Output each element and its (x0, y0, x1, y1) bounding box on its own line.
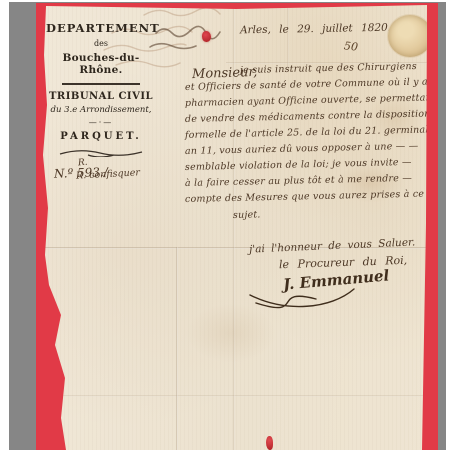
postal-mark: 50 (343, 39, 358, 53)
body-line: à la faire cesser au plus tôt et à me re… (185, 173, 412, 189)
red-wax-spot (202, 31, 211, 42)
letterhead-department: DEPARTEMENT (46, 21, 156, 35)
margin-note: R. confisquer (76, 167, 140, 181)
letterhead-tribunal: TRIBUNAL CIVIL (46, 91, 156, 102)
letter-paper: DEPARTEMENT des Bouches-du-Rhône. TRIBUN… (36, 3, 438, 450)
red-wax-speck-bottom (266, 436, 273, 450)
letter-photo: DEPARTEMENT des Bouches-du-Rhône. TRIBUN… (0, 0, 450, 450)
body-line: semblable violation de la loi; je vous i… (185, 157, 412, 173)
letterhead-rule (62, 83, 140, 85)
body-line: pharmacien ayant Officine ouverte, se pe… (185, 92, 449, 109)
letterhead-arrondissement: du 3.e Arrondissement, (46, 105, 156, 115)
letterhead-parquet: PARQUET. (46, 131, 156, 142)
closing-salutation: j'ai l'honneur de vous Saluer. (249, 236, 416, 255)
dateline: Arles, le 29. juillet 1820. (240, 22, 391, 37)
margin-mark: R. (78, 158, 88, 169)
body-line: formelle de l'article 25. de la loi du 2… (185, 124, 429, 141)
body-line: sujet. (233, 209, 261, 221)
fold-crease-vertical-left (176, 247, 178, 450)
embossed-seal (388, 15, 432, 57)
printed-letterhead: DEPARTEMENT des Bouches-du-Rhône. TRIBUN… (46, 21, 156, 179)
letterhead-des: des (46, 39, 156, 48)
body-line: compte des Mesures que vous aurez prises… (185, 189, 424, 205)
fold-crease-vertical-right-top (287, 5, 289, 67)
letterhead-region: Bouches-du-Rhône. (46, 52, 156, 76)
letterhead-flourish-rule (58, 147, 144, 157)
body-line: an 11, vous auriez dû vous opposer à une… (185, 141, 419, 157)
fold-crease-horizontal-bottom (36, 395, 438, 397)
letterhead-ornament: —·— (46, 118, 156, 127)
paper-stain (186, 303, 276, 363)
body-line: de vendre des médicaments contre la disp… (185, 108, 431, 125)
